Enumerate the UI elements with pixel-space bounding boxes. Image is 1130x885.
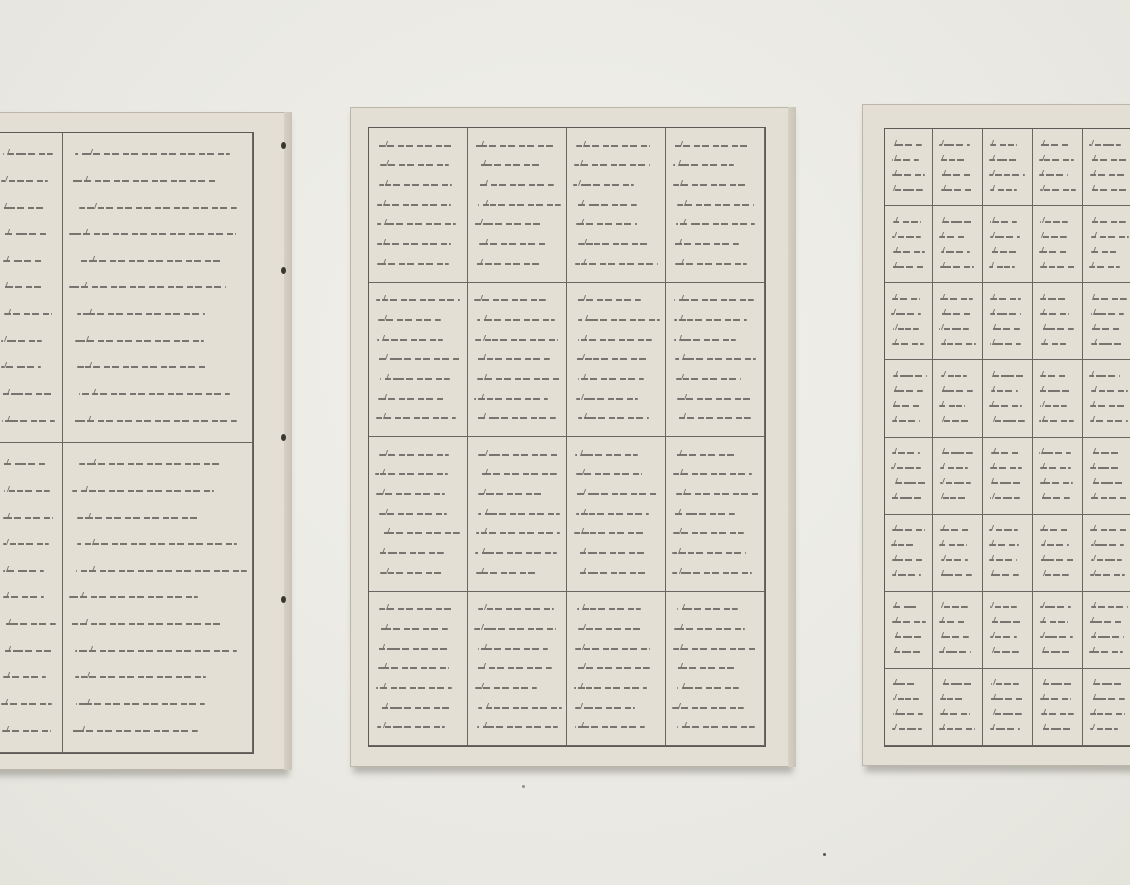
grid-cell <box>885 129 933 206</box>
handwriting-line <box>577 572 646 574</box>
grid-cell <box>1033 360 1083 437</box>
handwriting-line <box>991 251 1019 253</box>
handwriting-line <box>1040 266 1076 268</box>
handwriting-line <box>940 482 971 484</box>
handwriting-line <box>576 223 637 225</box>
handwriting-line <box>474 263 540 265</box>
handwriting-line <box>893 144 922 146</box>
handwriting-line <box>990 651 1019 653</box>
handwriting-line <box>989 544 1018 546</box>
handwriting-line <box>75 340 204 342</box>
grid-cell <box>933 206 983 283</box>
grid-cell <box>666 592 765 747</box>
handwriting-line <box>892 298 920 300</box>
grid-cell <box>1033 438 1083 515</box>
handwriting-line <box>990 467 1023 469</box>
handwriting-line <box>69 286 225 288</box>
handwriting-line <box>892 651 922 653</box>
grid-cell <box>885 592 933 669</box>
handwriting-line <box>1089 298 1127 300</box>
handwriting-line <box>1039 159 1073 161</box>
handwriting-line <box>478 608 554 610</box>
handwriting-line <box>1090 713 1125 715</box>
handwriting-line <box>574 532 647 534</box>
handwriting-line <box>478 707 562 709</box>
handwriting-line <box>2 393 54 395</box>
handwriting-line <box>573 184 634 186</box>
handwriting-line <box>892 728 922 730</box>
grid-cell <box>468 283 567 438</box>
handwriting-line <box>73 420 237 422</box>
handwriting-line <box>1040 529 1069 531</box>
handwriting-line <box>674 628 744 630</box>
handwriting-grid <box>368 127 766 747</box>
grid-cell <box>933 669 983 746</box>
handwriting-line <box>673 648 756 650</box>
handwriting-line <box>893 221 921 223</box>
handwriting-line <box>2 730 51 732</box>
handwriting-line <box>3 543 49 545</box>
grid-cell <box>885 438 933 515</box>
handwriting-line <box>892 266 923 268</box>
handwriting-line <box>377 726 445 728</box>
handwriting-line <box>1091 559 1122 561</box>
handwriting-line <box>1040 144 1068 146</box>
handwriting-line <box>1090 405 1128 407</box>
handwriting-line <box>1040 375 1066 377</box>
grid-cell <box>63 443 253 753</box>
mounting-hole <box>281 434 286 441</box>
handwriting-line <box>575 726 644 728</box>
handwriting-line <box>474 299 546 301</box>
handwriting-line <box>939 728 975 730</box>
handwriting-line <box>1091 452 1121 454</box>
handwriting-line <box>893 698 920 700</box>
handwriting-line <box>1041 713 1075 715</box>
grid-cell <box>1033 592 1083 669</box>
handwriting-line <box>477 319 555 321</box>
grid-cell <box>0 443 63 753</box>
handwriting-line <box>474 398 548 400</box>
handwriting-line <box>939 651 971 653</box>
handwriting-line <box>1091 482 1124 484</box>
grid-cell <box>983 129 1033 206</box>
handwriting-line <box>578 319 660 321</box>
handwriting-line <box>673 513 735 515</box>
handwriting-line <box>578 339 652 341</box>
grid-cell <box>933 129 983 206</box>
handwriting-line <box>991 713 1022 715</box>
handwriting-line <box>474 223 543 225</box>
handwriting-line <box>3 153 53 155</box>
handwriting-line <box>379 184 453 186</box>
handwriting-line <box>892 420 920 422</box>
handwriting-line <box>893 482 926 484</box>
handwriting-line <box>941 375 967 377</box>
handwriting-line <box>378 398 444 400</box>
grid-cell <box>1083 206 1130 283</box>
handwriting-line <box>79 207 236 209</box>
handwriting-line <box>1089 621 1122 623</box>
handwriting-line <box>673 243 739 245</box>
handwriting-line <box>1039 420 1074 422</box>
handwriting-line <box>892 683 917 685</box>
handwriting-line <box>576 145 650 147</box>
handwriting-line <box>376 417 456 419</box>
handwriting-line <box>574 164 651 166</box>
handwriting-line <box>893 606 918 608</box>
handwriting-line <box>574 687 647 689</box>
grid-cell <box>933 515 983 592</box>
handwriting-line <box>673 532 744 534</box>
handwriting-line <box>476 532 559 534</box>
grid-cell <box>885 669 933 746</box>
handwriting-line <box>990 698 1022 700</box>
handwriting-line <box>989 559 1017 561</box>
handwriting-line <box>1040 698 1072 700</box>
handwriting-line <box>940 298 974 300</box>
handwriting-line <box>1091 313 1124 315</box>
handwriting-line <box>941 189 973 191</box>
handwriting-line <box>4 313 52 315</box>
handwriting-line <box>892 159 919 161</box>
handwriting-line <box>892 574 921 576</box>
handwriting-line <box>575 454 638 456</box>
handwriting-line <box>379 608 454 610</box>
handwriting-line <box>672 707 744 709</box>
handwriting-line <box>1039 390 1072 392</box>
mounting-hole <box>281 596 286 603</box>
handwriting-line <box>1040 482 1073 484</box>
handwriting-line <box>1040 313 1069 315</box>
handwriting-line <box>75 676 206 678</box>
handwriting-line <box>1041 574 1069 576</box>
handwriting-line <box>75 153 230 155</box>
grid-cell <box>369 128 468 283</box>
handwriting-line <box>892 621 925 623</box>
handwriting-line <box>893 636 923 638</box>
handwriting-line <box>990 221 1016 223</box>
grid-cell <box>885 515 933 592</box>
mounting-hole <box>281 267 286 274</box>
handwriting-line <box>578 378 644 380</box>
handwriting-line <box>2 286 41 288</box>
handwriting-line <box>675 358 755 360</box>
handwriting-line <box>72 180 216 182</box>
handwriting-line <box>479 243 547 245</box>
handwriting-line <box>76 703 205 705</box>
grid-cell <box>1033 283 1083 360</box>
handwriting-line <box>1040 189 1076 191</box>
grid-cell <box>1033 129 1083 206</box>
grid-cell <box>1033 515 1083 592</box>
handwriting-line <box>677 726 755 728</box>
handwriting-line <box>939 405 965 407</box>
wall-speck <box>522 785 525 788</box>
handwriting-line <box>892 405 921 407</box>
handwriting-line <box>940 159 967 161</box>
handwriting-line <box>989 529 1018 531</box>
handwriting-line <box>1090 221 1125 223</box>
handwriting-line <box>672 552 746 554</box>
grid-cell <box>885 206 933 283</box>
handwriting-line <box>1 703 51 705</box>
handwriting-line <box>1040 651 1070 653</box>
handwriting-line <box>77 543 237 545</box>
handwriting-line <box>378 667 450 669</box>
handwriting-line <box>941 251 970 253</box>
grid-cell <box>1083 592 1130 669</box>
grid-cell <box>1083 438 1130 515</box>
handwriting-line <box>477 378 560 380</box>
canvas-edge <box>284 112 292 770</box>
handwriting-line <box>4 650 55 652</box>
handwriting-line <box>3 596 44 598</box>
handwriting-line <box>990 375 1024 377</box>
handwriting-line <box>1039 236 1066 238</box>
grid-cell <box>468 437 567 592</box>
handwriting-line <box>677 608 738 610</box>
handwriting-line <box>577 552 645 554</box>
grid-cell <box>468 128 567 283</box>
handwriting-line <box>79 393 230 395</box>
handwriting-line <box>378 145 453 147</box>
handwriting-line <box>576 473 642 475</box>
handwriting-line <box>675 263 747 265</box>
wall-speck <box>823 853 826 856</box>
handwriting-line <box>379 628 448 630</box>
handwriting-line <box>2 420 55 422</box>
handwriting-line <box>676 417 751 419</box>
handwriting-line <box>941 343 977 345</box>
handwriting-line <box>1 340 42 342</box>
handwriting-line <box>376 552 444 554</box>
handwriting-line <box>675 667 736 669</box>
right-canvas <box>862 104 1130 766</box>
handwriting-line <box>3 676 46 678</box>
handwriting-line <box>940 529 970 531</box>
handwriting-line <box>1039 452 1071 454</box>
handwriting-line <box>1040 683 1072 685</box>
handwriting-line <box>940 713 970 715</box>
handwriting-line <box>1091 698 1125 700</box>
grid-cell <box>1083 360 1130 437</box>
handwriting-line <box>990 313 1021 315</box>
handwriting-line <box>377 204 451 206</box>
handwriting-line <box>1089 189 1127 191</box>
handwriting-line <box>377 339 443 341</box>
handwriting-line <box>1039 251 1068 253</box>
handwriting-line <box>939 144 969 146</box>
handwriting-line <box>3 260 43 262</box>
handwriting-line <box>941 174 971 176</box>
handwriting-line <box>677 687 739 689</box>
handwriting-line <box>478 204 561 206</box>
handwriting-line <box>1091 544 1124 546</box>
handwriting-line <box>1089 375 1120 377</box>
handwriting-line <box>940 467 968 469</box>
handwriting-line <box>474 145 555 147</box>
handwriting-line <box>77 366 207 368</box>
handwriting-line <box>892 236 921 238</box>
handwriting-line <box>1091 251 1118 253</box>
handwriting-line <box>1091 683 1122 685</box>
handwriting-line <box>991 390 1019 392</box>
handwriting-line <box>575 707 636 709</box>
handwriting-line <box>478 184 554 186</box>
grid-cell <box>567 283 666 438</box>
handwriting-line <box>1090 467 1122 469</box>
grid-cell <box>567 128 666 283</box>
handwriting-line <box>939 544 967 546</box>
handwriting-line <box>892 390 924 392</box>
handwriting-line <box>989 574 1019 576</box>
handwriting-line <box>576 513 648 515</box>
handwriting-line <box>478 648 548 650</box>
handwriting-line <box>939 328 969 330</box>
handwriting-line <box>1091 343 1124 345</box>
handwriting-line <box>478 493 546 495</box>
handwriting-line <box>940 636 969 638</box>
handwriting-line <box>893 713 923 715</box>
center-canvas <box>350 107 790 767</box>
handwriting-line <box>475 687 536 689</box>
handwriting-line <box>4 623 56 625</box>
handwriting-line <box>478 513 560 515</box>
handwriting-line <box>3 570 44 572</box>
handwriting-line <box>674 299 754 301</box>
handwriting-line <box>1089 144 1121 146</box>
handwriting-line <box>380 164 450 166</box>
grid-cell <box>1083 283 1130 360</box>
handwriting-line <box>3 463 46 465</box>
handwriting-line <box>375 473 448 475</box>
handwriting-line <box>69 596 197 598</box>
grid-cell <box>666 283 765 438</box>
handwriting-line <box>891 497 923 499</box>
handwriting-line <box>673 473 752 475</box>
handwriting-line <box>989 266 1015 268</box>
handwriting-line <box>1091 636 1125 638</box>
handwriting-line <box>991 621 1023 623</box>
handwriting-line <box>576 358 650 360</box>
handwriting-line <box>75 650 237 652</box>
handwriting-line <box>476 572 540 574</box>
handwriting-line <box>674 339 736 341</box>
handwriting-line <box>1090 728 1119 730</box>
handwriting-line <box>1089 651 1123 653</box>
handwriting-line <box>941 683 973 685</box>
handwriting-line <box>990 343 1021 345</box>
grid-cell <box>983 283 1033 360</box>
handwriting-line <box>940 497 966 499</box>
handwriting-line <box>991 328 1021 330</box>
handwriting-line <box>1040 497 1070 499</box>
handwriting-line <box>990 606 1018 608</box>
handwriting-line <box>892 529 926 531</box>
handwriting-line <box>673 164 734 166</box>
handwriting-line <box>672 572 751 574</box>
handwriting-line <box>380 532 460 534</box>
handwriting-line <box>940 698 966 700</box>
handwriting-line <box>990 298 1021 300</box>
handwriting-line <box>578 417 649 419</box>
grid-cell <box>885 283 933 360</box>
grid-cell <box>369 437 468 592</box>
handwriting-grid <box>0 132 254 754</box>
handwriting-line <box>377 223 456 225</box>
grid-cell <box>983 360 1033 437</box>
handwriting-line <box>941 559 968 561</box>
handwriting-line <box>676 223 755 225</box>
handwriting-line <box>1041 728 1072 730</box>
handwriting-line <box>69 233 236 235</box>
handwriting-line <box>674 319 747 321</box>
handwriting-line <box>990 497 1020 499</box>
mounting-hole <box>281 142 286 149</box>
handwriting-line <box>939 621 965 623</box>
handwriting-line <box>71 623 222 625</box>
handwriting-line <box>989 405 1022 407</box>
handwriting-line <box>990 636 1017 638</box>
handwriting-line <box>940 221 973 223</box>
handwriting-line <box>891 189 923 191</box>
handwriting-line <box>378 319 440 321</box>
grid-cell <box>983 206 1033 283</box>
handwriting-line <box>475 552 557 554</box>
handwriting-line <box>476 358 549 360</box>
grid-cell <box>983 669 1033 746</box>
grid-cell <box>885 360 933 437</box>
handwriting-line <box>991 420 1026 422</box>
handwriting-line <box>377 263 449 265</box>
handwriting-line <box>939 236 965 238</box>
handwriting-line <box>578 243 651 245</box>
handwriting-line <box>476 417 556 419</box>
grid-cell <box>666 128 765 283</box>
handwriting-line <box>677 204 754 206</box>
handwriting-line <box>376 648 449 650</box>
handwriting-line <box>575 648 649 650</box>
handwriting-line <box>478 473 557 475</box>
handwriting-line <box>940 606 968 608</box>
grid-cell <box>1083 129 1130 206</box>
handwriting-line <box>376 493 445 495</box>
handwriting-line <box>79 463 222 465</box>
handwriting-line <box>892 174 925 176</box>
handwriting-line <box>77 313 205 315</box>
handwriting-line <box>677 398 754 400</box>
handwriting-line <box>1091 606 1128 608</box>
handwriting-line <box>990 189 1017 191</box>
handwriting-line <box>990 144 1017 146</box>
handwriting-line <box>1040 621 1067 623</box>
handwriting-line <box>379 707 450 709</box>
handwriting-line <box>379 513 447 515</box>
grid-cell <box>0 133 63 443</box>
handwriting-line <box>478 164 541 166</box>
handwriting-line <box>577 299 641 301</box>
handwriting-line <box>3 517 53 519</box>
handwriting-line <box>991 452 1020 454</box>
handwriting-line <box>578 628 645 630</box>
handwriting-line <box>990 728 1020 730</box>
handwriting-line <box>941 420 969 422</box>
left-canvas <box>0 112 286 770</box>
handwriting-line <box>376 299 459 301</box>
handwriting-line <box>893 375 927 377</box>
handwriting-line <box>673 184 747 186</box>
